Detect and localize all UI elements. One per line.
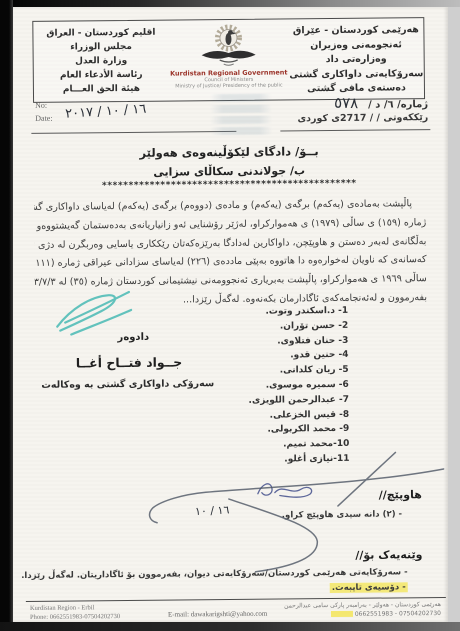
pen-scribble — [258, 483, 312, 497]
kurdish-line: سەرۆکایەتی داواکاری گشتی — [289, 67, 424, 83]
highlighted-text: - دۆسیەی تایبەت. — [330, 582, 408, 593]
signatory-role: دادوەر — [103, 332, 163, 344]
copy-to-heading: وێنەیەک بۆ// — [355, 548, 422, 562]
footer-phone: Phone: 0662551983-07504202730 — [30, 613, 120, 622]
signatory-name: جــواد فتــاح أغــا — [42, 354, 217, 371]
body-line: بفەرموون و لەئەنجامەکەی ئاگادارمان بکەنە… — [35, 289, 427, 312]
accused-item: 10-محمد تمیم. — [249, 437, 350, 453]
footer-phone-line: 07504202730 - 0662551983 — [284, 609, 441, 619]
document-page: اقليم كوردستان - العراق مجلس الوزراء وزا… — [13, 7, 448, 622]
kurdish-line: ئەنجومەنی وەزیران — [288, 38, 423, 54]
copy-to-item: - دۆسیەی تایبەت. — [330, 582, 408, 593]
emblem-subline: Ministry of Justice/ Presidency of the p… — [175, 82, 283, 89]
accused-item: 6- سمیرە موسوی. — [248, 378, 349, 394]
accused-item: 8- قیس الخزعلی. — [249, 407, 350, 423]
arabic-line: رئاسة الأدعاء العام — [34, 68, 169, 83]
footer-address-ku: هەرێمی کوردستان - هەولێر - بەرامبەر پارک… — [284, 601, 441, 620]
footer-email: E-mail: dawakarigshti@yahoo.com — [168, 610, 267, 619]
ref-no-label: No: — [35, 101, 47, 110]
handwritten-attachment-date: ١٦ / ١٠ — [195, 503, 230, 518]
accused-item: 3- حنان فتلاوی. — [248, 333, 349, 349]
letterhead-arabic: اقليم كوردستان - العراق مجلس الوزراء وزا… — [33, 21, 169, 97]
footer-highlight-mark — [331, 611, 353, 617]
scan-edge-bottom — [0, 622, 460, 631]
accused-item: 9- محمد الکربولی. — [249, 422, 350, 438]
kurdish-line: وەزارەتی داد — [289, 52, 424, 68]
letter-subject-line: ب/ جولاندنی سکاڵای سزایی — [12, 163, 447, 180]
footer-address-en: Kurdistan Region - Erbil Phone: 06625519… — [30, 604, 120, 622]
ref-underline — [280, 129, 430, 132]
divider-stars: ****************************************… — [12, 178, 447, 192]
letterhead-kurdish: هەرێمی کوردستان - عێراق ئەنجومەنی وەزیرا… — [288, 18, 424, 97]
document-content: اقليم كوردستان - العراق مجلس الوزراء وزا… — [10, 5, 451, 624]
accused-list: 1- د.اسکندر وتوت. 2- حسن تۆران. 3- حنان … — [248, 304, 350, 468]
ref-number-label: ژماره/ ٦/ د / — [368, 99, 428, 111]
arabic-line: وزارة العدل — [34, 54, 169, 69]
arabic-line: مجلس الوزراء — [33, 40, 168, 55]
attachment-item: - (٢) دانە سیدی هاوپێچ کراو. — [282, 509, 402, 520]
arabic-line: اقليم كوردستان - العراق — [33, 26, 168, 41]
accused-item: 11-نیازی أغلو. — [249, 452, 350, 468]
ref-date-label: Date: — [35, 114, 52, 123]
kurdish-line: هەرێمی کوردستان - عێراق — [288, 23, 423, 39]
ref-number-line: ژماره/ ٦/ د / ٥٧٨ — [334, 93, 428, 112]
screenshot-root: { "header": { "kurdish_lines": [ "هەرێمی… — [0, 0, 460, 631]
attachment-heading: هاوپێچ// — [379, 488, 422, 501]
accused-item: 4- حنین قدو. — [248, 348, 349, 364]
letter-body: پاڵپشت بەمادەی (یەکەم) برگەی (یەکەم) و م… — [34, 195, 427, 312]
accused-item: 2- حسن تۆران. — [248, 319, 349, 335]
krg-emblem: Kurdistan Regional Government Council of… — [168, 19, 289, 89]
faint-stamp — [204, 91, 278, 140]
arabic-line: هيئة الحق العـــام — [34, 82, 169, 97]
handwritten-ref-number: ٥٧٨ — [334, 94, 359, 113]
accused-item: 1- د.اسکندر وتوت. — [248, 304, 349, 320]
accused-item: 5- ریان کلدانی. — [248, 363, 349, 379]
krg-eagle-icon — [197, 23, 259, 70]
ref-kurdish-date: رێککەوتی /‏ /‏ 2717ی کوردی — [297, 112, 428, 124]
letter-to-line: بــۆ/ دادگای لێکۆڵینەوەی هەولێر — [12, 143, 447, 161]
handwritten-date: ١٦ / ١٠ / ٢٠١٧ — [65, 102, 147, 122]
footer-phone-ku: 07504202730 - 0662551983 — [355, 609, 441, 617]
scan-edge-top — [0, 0, 460, 7]
signatory-position: سەرۆکی داواکاری گشتی بە وەکالەت — [28, 378, 228, 391]
copy-to-item: - سەرۆکایەتی هەرێمی کوردستان/سەرۆکایەتی … — [21, 567, 408, 581]
scan-edge-left — [0, 0, 13, 631]
accused-item: 7- عبدالرحمن اللویزی. — [248, 393, 349, 409]
